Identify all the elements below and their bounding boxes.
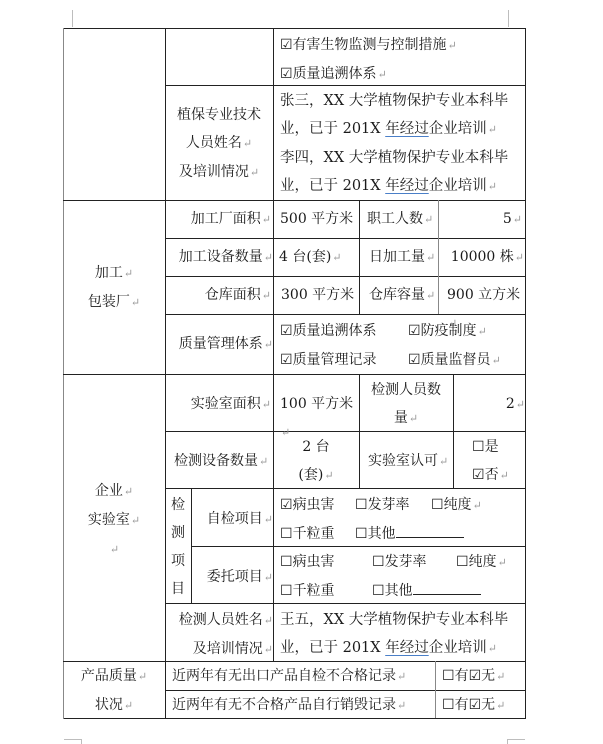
option-label: 无	[481, 697, 495, 713]
checkbox-checked-icon[interactable]: ☑	[408, 323, 421, 339]
checklist-item-label: 质量追溯体系	[293, 66, 377, 82]
label-line: 企业	[95, 483, 123, 499]
checklist-item[interactable]: ☐发芽率	[355, 491, 431, 519]
staff-count-label: 职工人数↵	[367, 205, 437, 234]
test-items-label: 检 测 项 目	[165, 491, 191, 603]
option-label: 无	[481, 668, 495, 684]
margin-mark-bottom-left	[64, 739, 82, 740]
staff-entry-text: 企业培训	[429, 178, 487, 194]
other-fill-blank[interactable]	[396, 521, 464, 538]
divider	[165, 276, 526, 277]
checklist-item[interactable]: ☑质量管理记录	[280, 346, 408, 374]
inspector-entry: 王五，XX 大学植物保护专业本科毕 业，已于 201X 年经过企业培训↵	[280, 606, 525, 663]
divider	[273, 28, 274, 661]
checkbox-unchecked-icon[interactable]: ☐	[372, 554, 385, 570]
outsourced-test-checklist: ☐病虫害☐发芽率☐纯度↵ ☐千粒重☐其他	[280, 548, 525, 605]
checklist-item-label: 发芽率	[385, 554, 427, 570]
return-mark-icon: ↵	[264, 251, 273, 264]
label-text: 日加工量	[369, 249, 425, 265]
label-line: 产品质量	[81, 668, 137, 684]
warehouse-capacity-label: 仓库容量↵	[369, 281, 439, 310]
other-fill-blank[interactable]	[413, 578, 481, 595]
inspector-entry-underlined: 年经过	[385, 640, 429, 656]
inspector-label: 检测人员姓名↵ 及培训情况↵	[165, 606, 273, 664]
option-label: 是	[485, 439, 499, 455]
warehouse-area-value[interactable]: 300 平方米	[281, 281, 359, 309]
checklist-item[interactable]: ☐纯度↵	[456, 554, 507, 570]
inspector-entry-text: 业，已于 201X	[280, 640, 385, 656]
checkbox-unchecked-icon[interactable]: ☐	[280, 583, 293, 599]
return-mark-icon: ↵	[378, 68, 387, 81]
return-mark-icon: ↵	[324, 469, 333, 482]
return-mark-icon: ↵	[397, 670, 406, 683]
export-failure-question: 近两年有无出口产品自检不合格记录↵	[172, 662, 434, 691]
checklist-item[interactable]: ☑质量追溯体系	[280, 317, 408, 345]
checkbox-checked-icon[interactable]: ☑	[280, 323, 293, 339]
self-destruction-options: ☐有☑无↵	[442, 691, 525, 720]
lab-area-label: 实验室面积↵	[165, 390, 271, 419]
checklist-item[interactable]: ☐千粒重	[280, 520, 355, 548]
return-mark-icon: ↵	[332, 251, 341, 264]
inspector-count-value[interactable]: 2↵	[455, 390, 525, 419]
daily-output-value[interactable]: 10000 株↵	[440, 243, 524, 272]
continued-checklist: ☑有害生物监测与控制措施↵ ☑质量追溯体系↵	[280, 31, 525, 89]
label-text: 委托项目	[207, 569, 263, 585]
value-text: 900 立方米	[447, 287, 520, 303]
return-mark-icon: ↵	[439, 455, 448, 468]
return-mark-icon: ↵	[397, 699, 406, 712]
return-mark-icon: ↵	[488, 123, 497, 136]
checkbox-checked-icon[interactable]: ☑	[280, 352, 293, 368]
label-line: 实验室	[88, 512, 130, 528]
label-line: 植保专业技术	[165, 101, 273, 129]
border-top	[63, 28, 526, 29]
label-line: 及培训情况	[193, 641, 263, 657]
checklist-item-label: 纯度	[444, 497, 472, 513]
label-char: 检	[165, 491, 191, 519]
lab-certification-label: 实验室认可↵	[368, 447, 454, 476]
label-text: 实验室认可	[368, 453, 438, 469]
return-mark-icon: ↵	[131, 514, 140, 527]
return-mark-icon: ↵	[448, 39, 457, 52]
label-text: 仓库面积	[205, 287, 261, 303]
equipment-count-label: 加工设备数量↵	[165, 243, 273, 272]
self-test-label: 自检项目↵	[191, 505, 273, 534]
return-mark-icon: ↵	[131, 296, 140, 309]
return-mark-icon: ↵	[264, 643, 273, 656]
checklist-item[interactable]: ☐发芽率	[372, 548, 456, 576]
checkbox-unchecked-icon[interactable]: ☐	[355, 526, 368, 542]
checklist-item-label: 发芽率	[368, 497, 410, 513]
checklist-item[interactable]: ☐纯度↵	[431, 497, 482, 513]
staff-entry-line: 李四，XX 大学植物保护专业本科毕	[280, 144, 525, 172]
factory-area-value[interactable]: 500 平方米	[280, 205, 358, 233]
staff-entry-underlined: 年经过	[385, 178, 429, 194]
return-mark-icon: ↵	[516, 398, 525, 411]
checklist-item[interactable]: ☐其他	[372, 583, 413, 599]
checkbox-unchecked-icon[interactable]: ☐	[456, 554, 469, 570]
product-quality-label: 产品质量↵ 状况↵	[63, 662, 165, 720]
checkbox-checked-icon[interactable]: ☑	[280, 497, 293, 513]
value-text: 4 台(套)	[279, 249, 331, 265]
return-mark-icon: ↵	[124, 699, 133, 712]
checklist-item-label: 质量监督员	[421, 352, 491, 368]
return-mark-icon: ↵	[498, 556, 507, 569]
label-text: 检测设备数量	[174, 453, 258, 469]
return-mark-icon: ↵	[426, 289, 435, 302]
checklist-item[interactable]: ☑防疫制度↵	[408, 323, 487, 339]
test-equipment-label: 检测设备数量↵	[174, 447, 274, 476]
label-text: 实验室面积	[191, 396, 261, 412]
return-mark-icon: ↵	[515, 251, 524, 264]
checkbox-unchecked-icon[interactable]: ☐	[355, 497, 368, 513]
return-mark-icon: ↵	[488, 642, 497, 655]
value-text: 100 平方米	[280, 396, 353, 412]
checklist-item-label: 防疫制度	[421, 323, 477, 339]
checkbox-checked-icon[interactable]: ☑	[472, 467, 485, 483]
factory-area-label: 加工厂面积↵	[165, 205, 271, 234]
margin-mark-top-left	[72, 10, 73, 27]
checklist-item[interactable]: ☑质量监督员↵	[408, 352, 501, 368]
label-text: 仓库容量	[369, 287, 425, 303]
return-mark-icon: ↵	[262, 289, 271, 302]
label-text: 加工厂面积	[191, 211, 261, 227]
tech-staff-label: 植保专业技术 人员姓名↵ 及培训情况↵	[165, 101, 273, 187]
return-mark-icon: ↵	[259, 455, 268, 468]
label-char: 测	[165, 519, 191, 547]
warehouse-area-label: 仓库面积↵	[165, 281, 271, 310]
checkbox-unchecked-icon[interactable]: ☐	[280, 554, 293, 570]
value-line: (套)	[298, 467, 323, 483]
staff-entry-text: 企业培训	[429, 121, 487, 137]
return-mark-icon: ↵	[424, 213, 433, 226]
checklist-item-label: 病虫害	[293, 497, 335, 513]
test-equipment-value[interactable]: 2 台 (套)↵	[273, 433, 359, 490]
return-mark-icon: ↵	[496, 670, 505, 683]
label-text: 质量管理体系	[179, 336, 263, 352]
export-failure-options: ☐有☑无↵	[442, 662, 525, 691]
quality-system-checklist: ☑质量追溯体系☑防疫制度↵ ☑质量管理记录☑质量监督员↵	[280, 317, 525, 375]
self-destruction-question: 近两年有无不合格产品自行销毁记录↵	[172, 691, 434, 720]
label-line: 检测人员数	[359, 376, 453, 404]
factory-section-label: 加工↵ 包装厂↵	[63, 259, 165, 317]
checklist-item-label: 质量管理记录	[293, 352, 377, 368]
checklist-item-label: 千粒重	[293, 526, 335, 542]
option-no[interactable]: ☑无	[469, 668, 496, 684]
checklist-item-label: 有害生物监测与控制措施	[293, 37, 447, 53]
lab-certification-options: ☐是 ☑否↵	[472, 433, 524, 490]
checklist-item-label: 纯度	[469, 554, 497, 570]
value-text: 5	[503, 211, 512, 227]
daily-output-label: 日加工量↵	[369, 243, 439, 272]
margin-mark-bottom-right	[507, 739, 525, 740]
margin-mark-bottom-left-v	[81, 739, 82, 744]
checklist-item[interactable]: ☐千粒重	[280, 577, 372, 605]
return-mark-icon: ↵	[500, 469, 509, 482]
return-mark-icon: ↵	[409, 412, 418, 425]
checkbox-unchecked-icon[interactable]: ☐	[442, 668, 455, 684]
label-line: 包装厂	[88, 294, 130, 310]
lab-section-label: 企业↵ 实验室↵ ↵	[63, 477, 165, 564]
label-char: 项	[165, 547, 191, 575]
return-mark-icon: ↵	[488, 180, 497, 193]
return-mark-icon: ↵	[124, 485, 133, 498]
checkbox-unchecked-icon[interactable]: ☐	[442, 697, 455, 713]
return-mark-icon: ↵	[478, 325, 487, 338]
checklist-item[interactable]: ☑病虫害	[280, 491, 355, 519]
checklist-item-label: 其他	[368, 526, 396, 542]
equipment-count-value[interactable]: 4 台(套)↵	[279, 243, 359, 272]
label-text: 职工人数	[367, 211, 423, 227]
inspector-count-label: 检测人员数 量↵	[359, 376, 453, 433]
option-label: 否	[485, 467, 499, 483]
return-mark-icon: ↵	[264, 614, 273, 627]
value-line: 2 台	[273, 433, 359, 461]
checklist-item-label: 千粒重	[293, 583, 335, 599]
return-mark-icon: ↵	[513, 213, 522, 226]
return-mark-icon: ↵	[138, 670, 147, 683]
margin-mark-bottom-right-v	[507, 739, 508, 744]
option-yes[interactable]: ☐有	[442, 697, 469, 713]
staff-entry-text: 业，已于 201X	[280, 121, 385, 137]
checklist-item[interactable]: ☑质量追溯体系↵	[280, 60, 525, 89]
option-label: 有	[455, 697, 469, 713]
staff-entry-underlined: 年经过	[385, 121, 429, 137]
checklist-item[interactable]: ☑有害生物监测与控制措施↵	[280, 31, 525, 60]
return-mark-icon: ↵	[264, 338, 273, 351]
return-mark-icon: ↵	[492, 354, 501, 367]
divider	[165, 238, 526, 239]
margin-mark-top-right	[508, 10, 509, 27]
checklist-item-label: 质量追溯体系	[293, 323, 377, 339]
checkbox-checked-icon[interactable]: ☑	[469, 668, 482, 684]
option-no[interactable]: ☑无	[469, 697, 496, 713]
self-test-checklist: ☑病虫害☐发芽率☐纯度↵ ☐千粒重☐其他	[280, 491, 525, 548]
divider	[435, 661, 436, 718]
staff-count-value[interactable]: 5↵	[440, 205, 522, 234]
certification-option-yes[interactable]: ☐是	[472, 433, 524, 461]
label-line: 及培训情况	[179, 164, 249, 180]
option-label: 有	[455, 668, 469, 684]
certification-option-no[interactable]: ☑否↵	[472, 461, 524, 490]
staff-entry-text: 业，已于 201X	[280, 178, 385, 194]
label-text: 自检项目	[207, 511, 263, 527]
checklist-item[interactable]: ☐其他	[355, 526, 396, 542]
checkbox-unchecked-icon[interactable]: ☐	[431, 497, 444, 513]
checkbox-checked-icon[interactable]: ☑	[408, 352, 421, 368]
return-mark-icon: ↵	[110, 543, 119, 556]
return-mark-icon: ↵	[243, 137, 252, 150]
label-line: 加工	[95, 265, 123, 281]
option-yes[interactable]: ☐有	[442, 668, 469, 684]
return-mark-icon: ↵	[264, 513, 273, 526]
checkbox-unchecked-icon[interactable]: ☐	[472, 439, 485, 455]
return-mark-icon: ↵	[124, 267, 133, 280]
return-mark-icon: ↵	[262, 398, 271, 411]
checkbox-unchecked-icon[interactable]: ☐	[280, 526, 293, 542]
quality-system-label: 质量管理体系↵	[165, 330, 273, 359]
return-mark-icon: ↵	[262, 213, 271, 226]
label-char: 目	[171, 581, 185, 597]
inspector-entry-text: 企业培训	[429, 640, 487, 656]
checkbox-unchecked-icon[interactable]: ☐	[372, 583, 385, 599]
inspector-entry-line: 王五，XX 大学植物保护专业本科毕	[280, 606, 525, 634]
staff-entry-line: 张三，XX 大学植物保护专业本科毕	[280, 87, 525, 115]
return-mark-icon: ↵	[473, 499, 482, 512]
tech-staff-entries: 张三，XX 大学植物保护专业本科毕 业，已于 201X 年经过企业培训↵ 李四，…	[280, 87, 525, 201]
checklist-item-label: 病虫害	[293, 554, 335, 570]
question-text: 近两年有无不合格产品自行销毁记录	[172, 697, 396, 713]
return-mark-icon: ↵	[426, 251, 435, 264]
value-text: 10000 株	[451, 249, 514, 265]
checkbox-checked-icon[interactable]: ☑	[469, 697, 482, 713]
label-line: 人员姓名	[186, 135, 242, 151]
return-mark-icon: ↵	[264, 571, 273, 584]
checklist-item[interactable]: ☐病虫害	[280, 548, 372, 576]
outsourced-test-label: 委托项目↵	[191, 563, 273, 592]
value-text: 2	[506, 396, 515, 412]
label-line: 状况	[95, 697, 123, 713]
checklist-item-label: 其他	[385, 583, 413, 599]
label-line: 量	[394, 410, 408, 426]
return-mark-icon: ↵	[250, 166, 259, 179]
question-text: 近两年有无出口产品自检不合格记录	[172, 668, 396, 684]
divider	[359, 200, 360, 314]
checkbox-checked-icon[interactable]: ☑	[280, 37, 293, 53]
checkbox-checked-icon[interactable]: ☑	[280, 66, 293, 82]
label-line: 检测人员姓名	[179, 612, 263, 628]
return-mark-icon: ↵	[496, 699, 505, 712]
label-text: 加工设备数量	[179, 249, 263, 265]
